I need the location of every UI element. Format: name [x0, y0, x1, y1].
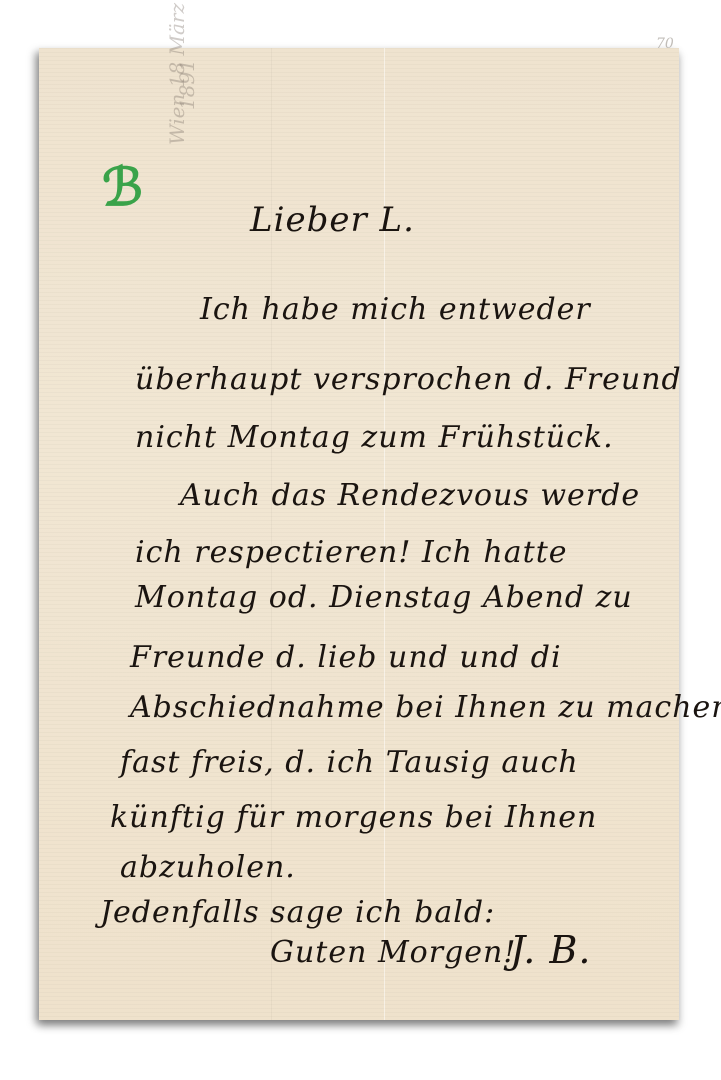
- letter-line: Jedenfalls sage ich bald:: [100, 895, 495, 930]
- folio-number: 70: [656, 36, 674, 52]
- letter-line: abzuholen.: [120, 850, 296, 885]
- monogram-icon: ℬ: [102, 158, 142, 218]
- paper-fold: [384, 48, 385, 1020]
- letter-line: Abschiednahme bei Ihnen zu machen: [130, 690, 721, 725]
- letter-line: Ich habe mich entweder: [200, 292, 591, 327]
- signature: J. B.: [510, 928, 591, 972]
- letter-line: Auch das Rendezvous werde: [180, 478, 640, 513]
- letter-line: Montag od. Dienstag Abend zu: [135, 580, 633, 615]
- letter-line: Freunde d. lieb und und di: [130, 640, 562, 675]
- letter-line: Guten Morgen!: [270, 935, 516, 970]
- salutation: Lieber L.: [250, 200, 415, 240]
- letter-line: ich respectieren! Ich hatte: [135, 535, 568, 570]
- letter-line: nicht Montag zum Frühstück.: [135, 420, 614, 455]
- letter-line: künftig für morgens bei Ihnen: [110, 800, 597, 835]
- pencil-note: Wien 18 März: [165, 3, 189, 145]
- letter-line: fast freis, d. ich Tausig auch: [120, 745, 579, 780]
- letter-line: überhaupt versprochen d. Freund: [135, 362, 682, 397]
